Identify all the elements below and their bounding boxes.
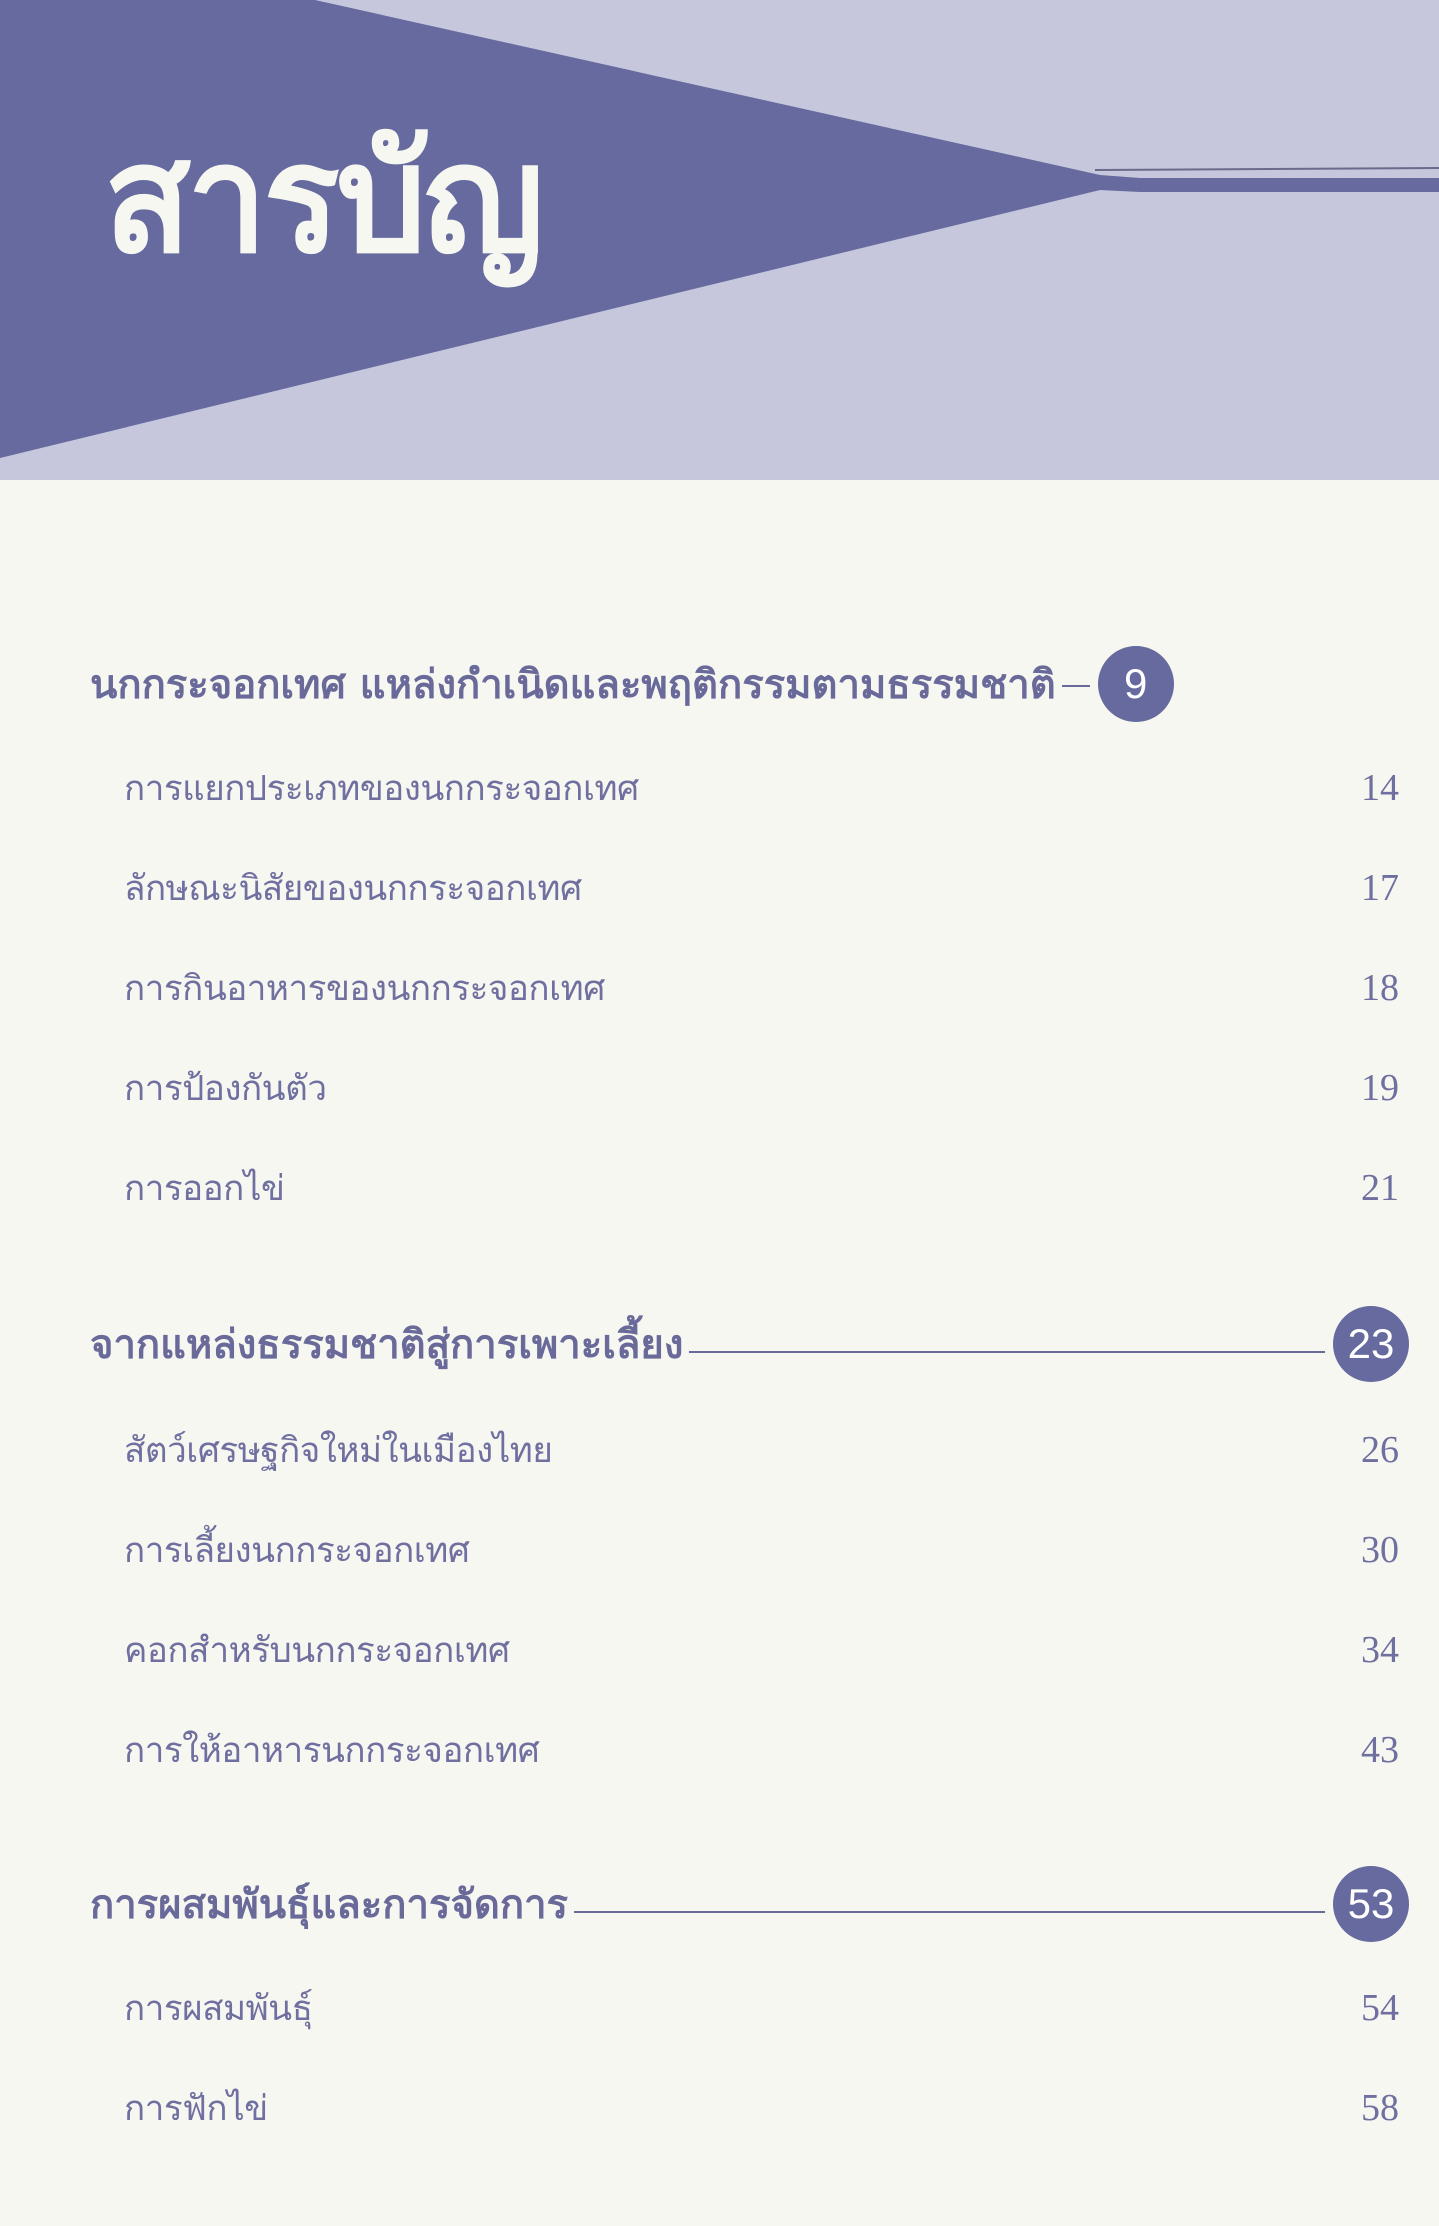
entry-page-number: 43 [1361,1728,1399,1772]
chapter-title: จากแหล่งธรรมชาติสู่การเพาะเลี้ยง [90,1312,683,1376]
entry-page-number: 18 [1361,966,1399,1010]
entry-page-number: 19 [1361,1066,1399,1110]
entry-title: สัตว์เศรษฐกิจใหม่ในเมืองไทย [124,1423,552,1478]
toc-entry[interactable]: การแยกประเภทของนกกระจอกเทศ 14 [124,758,1399,818]
entry-page-number: 21 [1361,1166,1399,1210]
entry-page-number: 54 [1361,1986,1399,2030]
entry-title: การกินอาหารของนกกระจอกเทศ [124,961,605,1016]
toc-entry[interactable]: การป้องกันตัว 19 [124,1058,1399,1118]
chapter-page-badge: 23 [1333,1306,1409,1382]
entry-title: ลักษณะนิสัยของนกกระจอกเทศ [124,861,582,916]
entry-title: คอกสำหรับนกกระจอกเทศ [124,1623,510,1678]
toc-entry[interactable]: การกินอาหารของนกกระจอกเทศ 18 [124,958,1399,1018]
entry-page-number: 58 [1361,2086,1399,2130]
leader-line [574,1911,1325,1913]
toc-entry[interactable]: การฟักไข่ 58 [124,2078,1399,2138]
leader-line [689,1351,1325,1353]
chapter-heading[interactable]: นกกระจอกเทศ แหล่งกำเนิดและพฤติกรรมตามธรร… [90,644,1409,724]
entry-title: การออกไข่ [124,1161,284,1216]
toc-entry[interactable]: การผสมพันธุ์ 54 [124,1978,1399,2038]
entry-title: การผสมพันธุ์ [124,1981,312,2036]
entry-title: การแยกประเภทของนกกระจอกเทศ [124,761,639,816]
toc-entry[interactable]: สัตว์เศรษฐกิจใหม่ในเมืองไทย 26 [124,1420,1399,1480]
chapter-heading[interactable]: จากแหล่งธรรมชาติสู่การเพาะเลี้ยง 23 [90,1304,1409,1384]
entry-title: การป้องกันตัว [124,1061,326,1116]
toc-entry[interactable]: การให้อาหารนกกระจอกเทศ 43 [124,1720,1399,1780]
chapter-title: การผสมพันธุ์และการจัดการ [90,1872,568,1936]
entry-title: การฟักไข่ [124,2081,268,2136]
toc-entry[interactable]: การออกไข่ 21 [124,1158,1399,1218]
entry-page-number: 17 [1361,866,1399,910]
toc-entry[interactable]: ลักษณะนิสัยของนกกระจอกเทศ 17 [124,858,1399,918]
entry-page-number: 30 [1361,1528,1399,1572]
entry-page-number: 14 [1361,766,1399,810]
toc-entry[interactable]: คอกสำหรับนกกระจอกเทศ 34 [124,1620,1399,1680]
entry-page-number: 34 [1361,1628,1399,1672]
header-band: สารบัญ [0,0,1439,480]
entry-title: การให้อาหารนกกระจอกเทศ [124,1723,539,1778]
chapter-title: นกกระจอกเทศ แหล่งกำเนิดและพฤติกรรมตามธรร… [90,652,1056,716]
chapter-page-badge: 9 [1098,646,1174,722]
page-title: สารบัญ [104,100,540,300]
chapter-page-badge: 53 [1333,1866,1409,1942]
toc-entry[interactable]: การเลี้ยงนกกระจอกเทศ 30 [124,1520,1399,1580]
entry-page-number: 26 [1361,1428,1399,1472]
chapter-heading[interactable]: การผสมพันธุ์และการจัดการ 53 [90,1864,1409,1944]
leader-line [1062,685,1090,687]
entry-title: การเลี้ยงนกกระจอกเทศ [124,1523,470,1578]
